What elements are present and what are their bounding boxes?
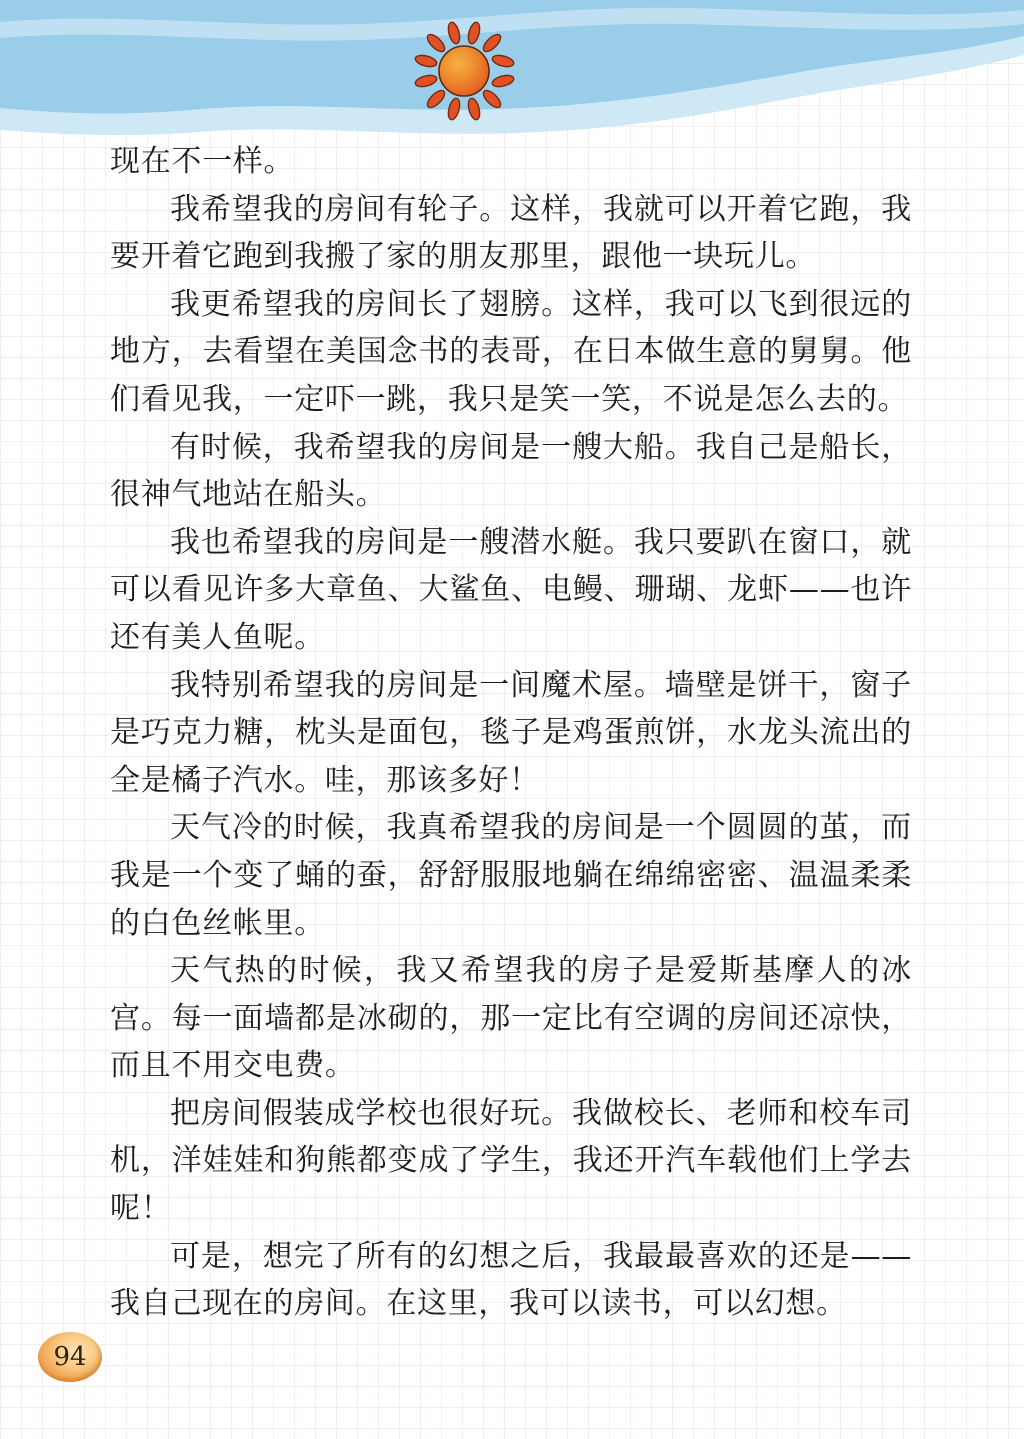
paragraph: 把房间假装成学校也很好玩。我做校长、老师和校车司机，洋娃娃和狗熊都变成了学生，我… — [110, 1090, 912, 1233]
paragraph: 我也希望我的房间是一艘潜水艇。我只要趴在窗口，就可以看见许多大章鱼、大鲨鱼、电鳗… — [110, 519, 912, 662]
paragraph: 天气热的时候，我又希望我的房子是爱斯基摩人的冰宫。每一面墙都是冰砌的，那一定比有… — [110, 947, 912, 1090]
paragraph: 我希望我的房间有轮子。这样，我就可以开着它跑，我要开着它跑到我搬了家的朋友那里，… — [110, 186, 912, 281]
paragraph: 现在不一样。 — [110, 138, 912, 186]
paragraph: 可是，想完了所有的幻想之后，我最最喜欢的还是——我自己现在的房间。在这里，我可以… — [110, 1233, 912, 1328]
paragraph: 有时候，我希望我的房间是一艘大船。我自己是船长，很神气地站在船头。 — [110, 424, 912, 519]
page-number: 94 — [53, 1342, 86, 1372]
paragraph: 我更希望我的房间长了翅膀。这样，我可以飞到很远的地方，去看望在美国念书的表哥，在… — [110, 281, 912, 424]
article: 现在不一样。我希望我的房间有轮子。这样，我就可以开着它跑，我要开着它跑到我搬了家… — [110, 138, 912, 1328]
paragraph: 天气冷的时候，我真希望我的房间是一个圆圆的茧，而我是一个变了蛹的蚕，舒舒服服地躺… — [110, 804, 912, 947]
page-number-badge: 94 — [38, 1332, 102, 1382]
paragraph: 我特别希望我的房间是一间魔术屋。墙壁是饼干，窗子是巧克力糖，枕头是面包，毯子是鸡… — [110, 662, 912, 805]
